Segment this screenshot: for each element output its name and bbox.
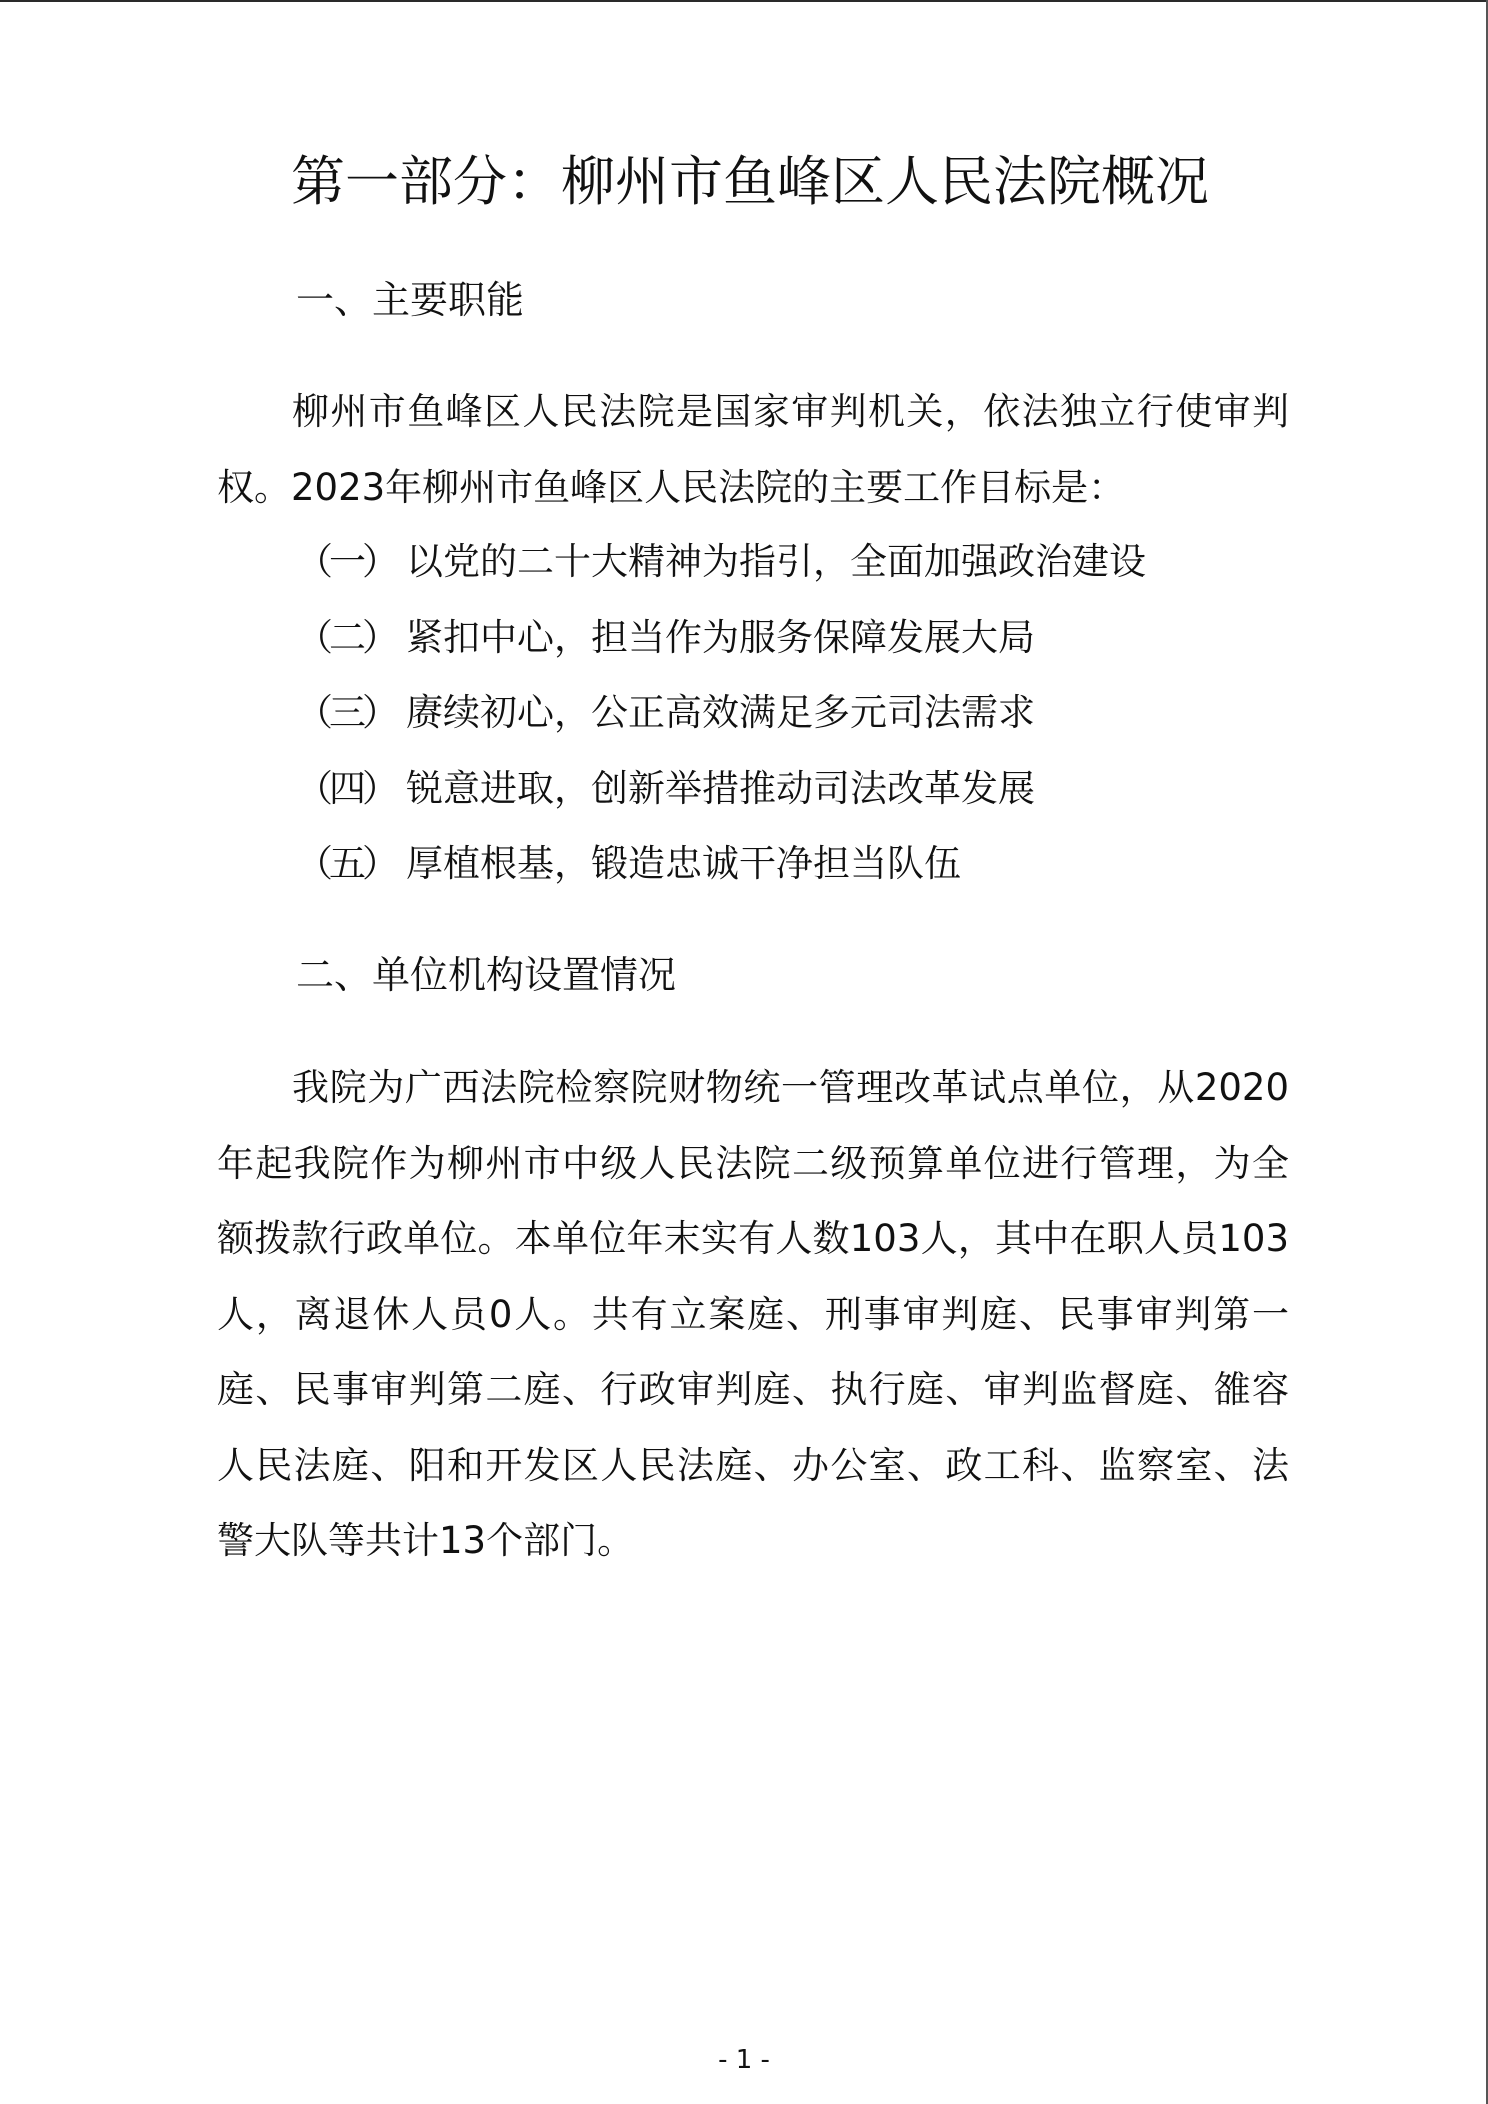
goal-number: （一） bbox=[296, 524, 406, 600]
goal-number: （二） bbox=[296, 600, 406, 676]
goal-text: 锐意进取，创新举措推动司法改革发展 bbox=[406, 767, 1035, 810]
work-goal-item: （四）锐意进取，创新举措推动司法改革发展 bbox=[296, 751, 1146, 827]
page-top-border bbox=[0, 0, 1488, 2]
main-functions-paragraph: 柳州市鱼峰区人民法院是国家审判机关，依法独立行使审判权。2023年柳州市鱼峰区人… bbox=[217, 374, 1289, 525]
goal-number: （五） bbox=[296, 826, 406, 902]
goal-text: 以党的二十大精神为指引，全面加强政治建设 bbox=[406, 540, 1146, 583]
work-goals-list: （一）以党的二十大精神为指引，全面加强政治建设 （二）紧扣中心，担当作为服务保障… bbox=[296, 524, 1146, 902]
page-number: - 1 - bbox=[0, 2040, 1488, 2080]
section-heading-organization: 二、单位机构设置情况 bbox=[296, 945, 676, 1005]
work-goal-item: （三）赓续初心，公正高效满足多元司法需求 bbox=[296, 675, 1146, 751]
work-goal-item: （五）厚植根基，锻造忠诚干净担当队伍 bbox=[296, 826, 1146, 902]
goal-text: 厚植根基，锻造忠诚干净担当队伍 bbox=[406, 842, 961, 885]
work-goal-item: （二）紧扣中心，担当作为服务保障发展大局 bbox=[296, 600, 1146, 676]
page-title: 第一部分：柳州市鱼峰区人民法院概况 bbox=[0, 142, 1488, 222]
goal-number: （三） bbox=[296, 675, 406, 751]
section-heading-main-functions: 一、主要职能 bbox=[296, 270, 524, 330]
work-goal-item: （一）以党的二十大精神为指引，全面加强政治建设 bbox=[296, 524, 1146, 600]
goal-text: 赓续初心，公正高效满足多元司法需求 bbox=[406, 691, 1035, 734]
organization-paragraph: 我院为广西法院检察院财物统一管理改革试点单位，从2020年起我院作为柳州市中级人… bbox=[217, 1050, 1289, 1579]
goal-text: 紧扣中心，担当作为服务保障发展大局 bbox=[406, 616, 1035, 659]
goal-number: （四） bbox=[296, 751, 406, 827]
